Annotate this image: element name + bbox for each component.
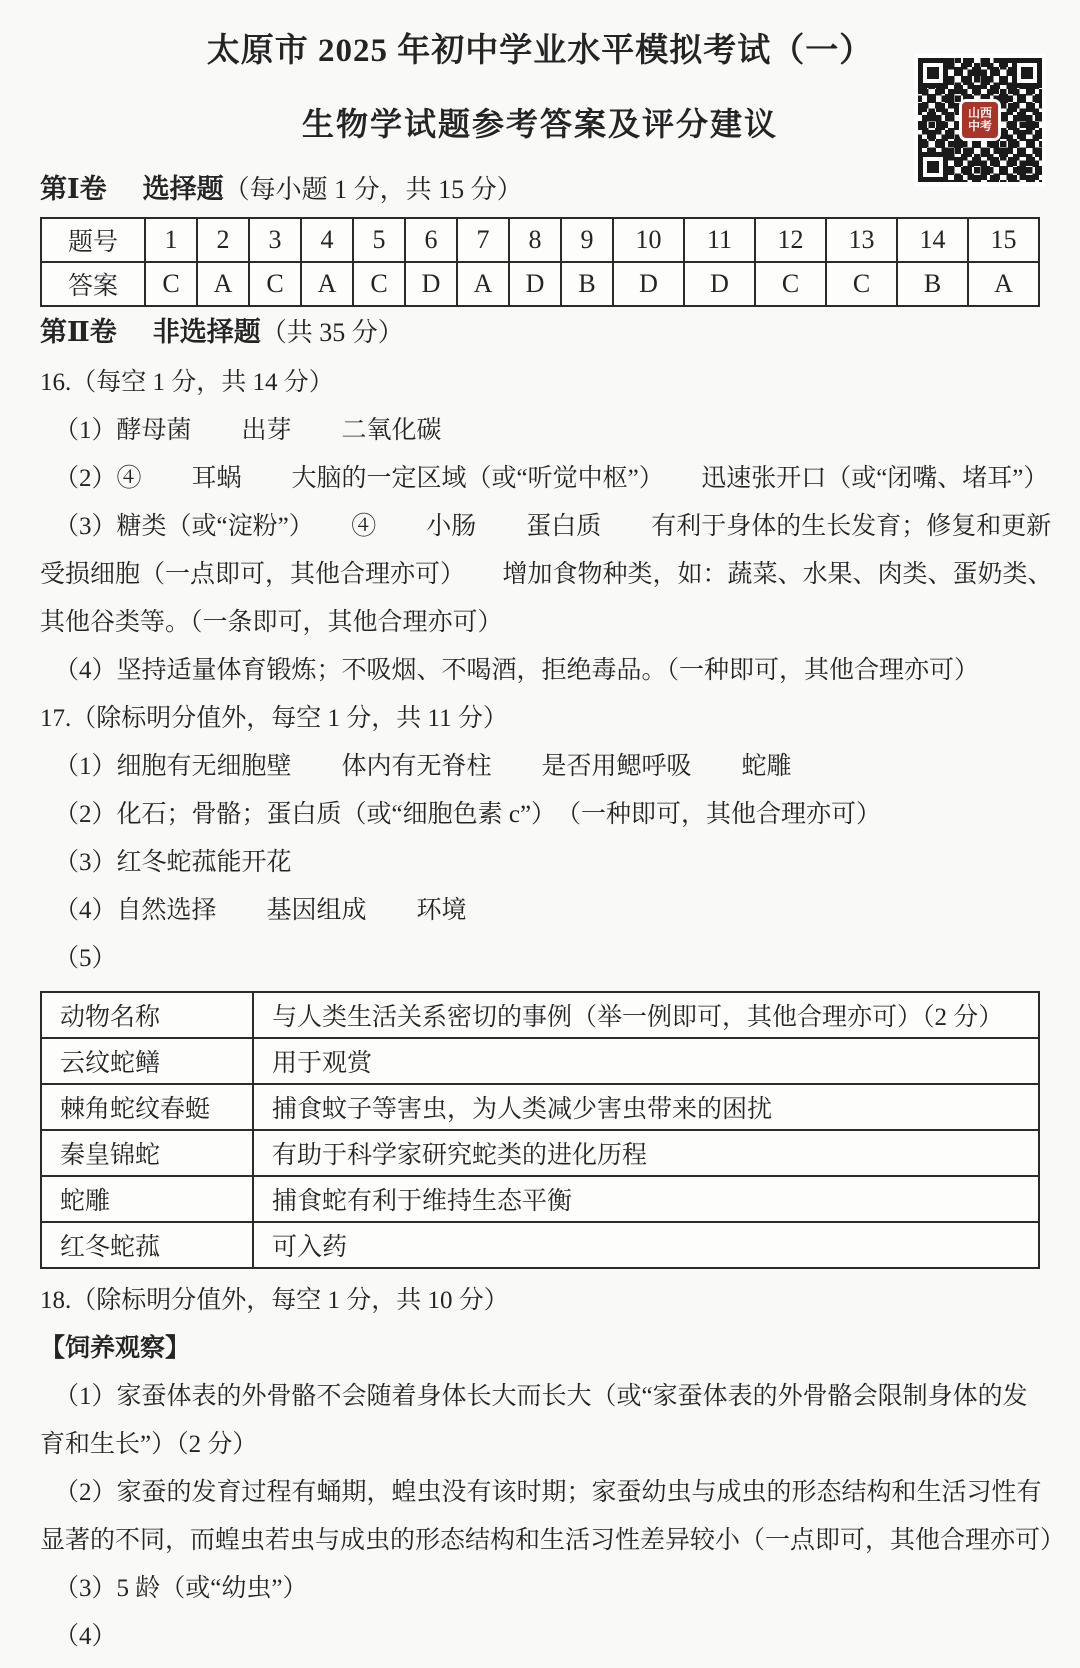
- qnum-cell: 5: [353, 218, 405, 262]
- page-title: 太原市 2025 年初中学业水平模拟考试（一）: [40, 0, 1040, 71]
- animal-name-cell: 动物名称: [41, 992, 253, 1038]
- answer-cell: B: [561, 262, 613, 306]
- qr-pattern: 山西中考: [918, 58, 1042, 182]
- answer-cell: C: [353, 262, 405, 306]
- table-row: 红冬蛇菰 可入药: [41, 1222, 1039, 1268]
- qnum-cell: 7: [457, 218, 509, 262]
- exam-answer-document: 山西中考 太原市 2025 年初中学业水平模拟考试（一） 生物学试题参考答案及评…: [0, 0, 1080, 1668]
- q18-answer-line: （1）家蚕体表的外骨骼不会随着身体长大而长大（或“家蚕体表的外骨骼会限制身体的发: [40, 1373, 1040, 1421]
- page-subtitle: 生物学试题参考答案及评分建议: [40, 99, 1040, 145]
- animal-desc-cell: 捕食蚊子等害虫，为人类减少害虫带来的困扰: [253, 1084, 1039, 1130]
- animal-desc-cell: 有助于科学家研究蛇类的进化历程: [253, 1130, 1039, 1176]
- q18-heading: 18.（除标明分值外，每空 1 分，共 10 分）: [40, 1277, 1040, 1325]
- qnum-cell: 1: [145, 218, 197, 262]
- answer-cell: A: [301, 262, 353, 306]
- answer-cell: C: [755, 262, 826, 306]
- table-row-question-numbers: 题号 1 2 3 4 5 6 7 8 9 10 11 12 13 14 15: [41, 218, 1039, 262]
- answer-cell: D: [613, 262, 684, 306]
- q16-answer-line: （3）糖类（或“淀粉”） ④ 小肠 蛋白质 有利于身体的生长发育；修复和更新: [40, 503, 1040, 551]
- animal-name-cell: 红冬蛇菰: [41, 1222, 253, 1268]
- q18-answer-line: 显著的不同，而蝗虫若虫与成虫的形态结构和生活习性差异较小（一点即可，其他合理亦可…: [40, 1517, 1040, 1565]
- q18-answer-line: （3）5 龄（或“幼虫”）: [40, 1565, 1040, 1613]
- table-row: 蛇雕 捕食蛇有利于维持生态平衡: [41, 1176, 1039, 1222]
- animal-desc-cell: 用于观赏: [253, 1038, 1039, 1084]
- answer-cell: D: [684, 262, 755, 306]
- qnum-cell: 13: [826, 218, 897, 262]
- animal-desc-cell: 捕食蛇有利于维持生态平衡: [253, 1176, 1039, 1222]
- row-label: 答案: [41, 262, 145, 306]
- answer-cell: D: [509, 262, 561, 306]
- q17-answer-line: （5）: [40, 935, 1040, 983]
- q18-answer-line: （2）家蚕的发育过程有蛹期，蝗虫没有该时期；家蚕幼虫与成虫的形态结构和生活习性有: [40, 1469, 1040, 1517]
- answer-cell: C: [145, 262, 197, 306]
- qr-code: 山西中考: [914, 54, 1046, 186]
- q17-heading: 17.（除标明分值外，每空 1 分，共 11 分）: [40, 695, 1040, 743]
- qnum-cell: 15: [968, 218, 1039, 262]
- answer-cell: B: [897, 262, 968, 306]
- section-2-note: （共 35 分）: [261, 318, 404, 347]
- choice-answer-table: 题号 1 2 3 4 5 6 7 8 9 10 11 12 13 14 15 答…: [40, 217, 1040, 307]
- qnum-cell: 9: [561, 218, 613, 262]
- qr-label: 山西中考: [967, 107, 993, 133]
- row-label: 题号: [41, 218, 145, 262]
- qnum-cell: 11: [684, 218, 755, 262]
- q17-answer-line: （3）红冬蛇菰能开花: [40, 839, 1040, 887]
- answer-cell: A: [968, 262, 1039, 306]
- section-1-type: 选择题: [143, 174, 224, 204]
- q18-answer-line: 育和生长”）（2 分）: [40, 1421, 1040, 1469]
- animal-name-cell: 秦皇锦蛇: [41, 1130, 253, 1176]
- q16-answer-line: （2）④ 耳蜗 大脑的一定区域（或“听觉中枢”） 迅速张开口（或“闭嘴、堵耳”）: [40, 455, 1040, 503]
- section-1-header: 第Ⅰ卷选择题（每小题 1 分，共 15 分）: [40, 173, 1040, 206]
- qnum-cell: 4: [301, 218, 353, 262]
- qnum-cell: 3: [249, 218, 301, 262]
- q18-answer-line: （4）: [40, 1613, 1040, 1661]
- animal-desc-cell: 与人类生活关系密切的事例（举一例即可，其他合理亦可）（2 分）: [253, 992, 1039, 1038]
- section-1-volume: 第Ⅰ卷: [40, 174, 107, 204]
- section-1-note: （每小题 1 分，共 15 分）: [224, 175, 523, 204]
- q16-answer-line: （4）坚持适量体育锻炼；不吸烟、不喝酒，拒绝毒品。（一种即可，其他合理亦可）: [40, 647, 1040, 695]
- table-row: 动物名称 与人类生活关系密切的事例（举一例即可，其他合理亦可）（2 分）: [41, 992, 1039, 1038]
- answer-cell: A: [457, 262, 509, 306]
- qnum-cell: 12: [755, 218, 826, 262]
- section-2-header: 第Ⅱ卷非选择题（共 35 分）: [40, 316, 1040, 349]
- section-2-type: 非选择题: [153, 317, 261, 347]
- animal-name-cell: 棘角蛇纹春蜓: [41, 1084, 253, 1130]
- qnum-cell: 10: [613, 218, 684, 262]
- qr-finder-icon: [1012, 58, 1042, 88]
- qr-finder-icon: [918, 152, 948, 182]
- q17-answer-line: （4）自然选择 基因组成 环境: [40, 887, 1040, 935]
- table-row: 云纹蛇鳝 用于观赏: [41, 1038, 1039, 1084]
- q16-answer-line: 其他谷类等。（一条即可，其他合理亦可）: [40, 599, 1040, 647]
- answer-cell: D: [405, 262, 457, 306]
- answer-cell: C: [826, 262, 897, 306]
- section-2-volume: 第Ⅱ卷: [40, 317, 117, 347]
- q16-answer-line: 受损细胞（一点即可，其他合理亦可） 增加食物种类，如：蔬菜、水果、肉类、蛋奶类、: [40, 551, 1040, 599]
- animal-relation-table: 动物名称 与人类生活关系密切的事例（举一例即可，其他合理亦可）（2 分） 云纹蛇…: [40, 991, 1040, 1269]
- q17-answer-line: （2）化石；骨骼；蛋白质（或“细胞色素 c”） （一种即可，其他合理亦可）: [40, 791, 1040, 839]
- q17-answer-line: （1）细胞有无细胞壁 体内有无脊柱 是否用鳃呼吸 蛇雕: [40, 743, 1040, 791]
- animal-name-cell: 蛇雕: [41, 1176, 253, 1222]
- qnum-cell: 8: [509, 218, 561, 262]
- q18-subheading: 【饲养观察】: [40, 1325, 1040, 1373]
- qnum-cell: 6: [405, 218, 457, 262]
- q16-heading: 16.（每空 1 分，共 14 分）: [40, 359, 1040, 407]
- animal-desc-cell: 可入药: [253, 1222, 1039, 1268]
- qnum-cell: 14: [897, 218, 968, 262]
- qr-center-logo: 山西中考: [959, 99, 1001, 141]
- table-row: 秦皇锦蛇 有助于科学家研究蛇类的进化历程: [41, 1130, 1039, 1176]
- table-row: 棘角蛇纹春蜓 捕食蚊子等害虫，为人类减少害虫带来的困扰: [41, 1084, 1039, 1130]
- answer-cell: A: [197, 262, 249, 306]
- answer-cell: C: [249, 262, 301, 306]
- qnum-cell: 2: [197, 218, 249, 262]
- table-row-answers: 答案 C A C A C D A D B D D C C B A: [41, 262, 1039, 306]
- q16-answer-line: （1）酵母菌 出芽 二氧化碳: [40, 407, 1040, 455]
- qr-finder-icon: [918, 58, 948, 88]
- animal-name-cell: 云纹蛇鳝: [41, 1038, 253, 1084]
